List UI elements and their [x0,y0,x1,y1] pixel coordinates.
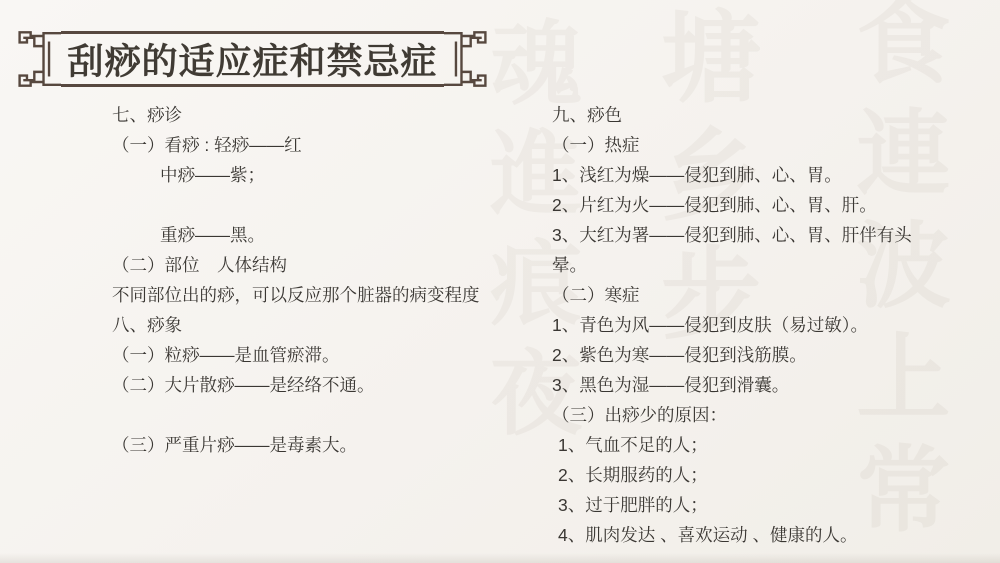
text-line-blank [112,400,522,430]
text-line: （一）粒痧——是血管瘀滞。 [112,340,522,370]
text-line: （一）看痧 : 轻痧——红 [112,130,522,160]
text-line: 3、大红为署——侵犯到肺、心、胃、肝伴有头 [552,220,982,250]
page-title: 刮痧的适应症和禁忌症 [65,34,440,85]
right-column: 九、痧色 （一）热症 1、浅红为燥——侵犯到肺、心、胃。 2、片红为火——侵犯到… [552,100,982,550]
text-line: 不同部位出的痧，可以反应那个脏器的病变程度 [112,280,522,310]
text-line: （二）部位 人体结构 [112,250,522,280]
text-line: 七、痧诊 [112,100,522,130]
text-line: 晕。 [552,250,982,280]
text-line: 1、青色为风——侵犯到皮肤（易过敏）。 [552,310,982,340]
text-line: 3、过于肥胖的人； [552,490,982,520]
text-line: 2、片红为火——侵犯到肺、心、胃、肝。 [552,190,982,220]
text-line: （三）出痧少的原因： [552,400,982,430]
text-line: 2、紫色为寒——侵犯到浅筋膜。 [552,340,982,370]
text-line: （一）热症 [552,130,982,160]
corner-ornament-left-icon [15,28,61,90]
text-line: 中痧——紫； [112,160,522,190]
text-line-blank [112,190,522,220]
text-line: 4、肌肉发达 、喜欢运动 、健康的人。 [552,520,982,550]
text-line: （二）大片散痧——是经络不通。 [112,370,522,400]
text-line: 3、黑色为湿——侵犯到滑囊。 [552,370,982,400]
text-line: 九、痧色 [552,100,982,130]
text-line: 八、痧象 [112,310,522,340]
text-line: （二）寒症 [552,280,982,310]
slide-background: 魂進痕夜 塘乡步 食連波上常 刮痧的适 [0,0,1000,563]
text-line: 1、气血不足的人； [552,430,982,460]
text-line: 1、浅红为燥——侵犯到肺、心、胃。 [552,160,982,190]
text-line: （三）严重片痧——是毒素大。 [112,430,522,460]
text-line: 2、长期服药的人； [552,460,982,490]
text-line: 重痧——黑。 [112,220,522,250]
title-frame: 刮痧的适应症和禁忌症 [15,30,490,88]
corner-ornament-right-icon [444,28,490,90]
left-column: 七、痧诊 （一）看痧 : 轻痧——红 中痧——紫； 重痧——黑。 （二）部位 人… [112,100,522,460]
